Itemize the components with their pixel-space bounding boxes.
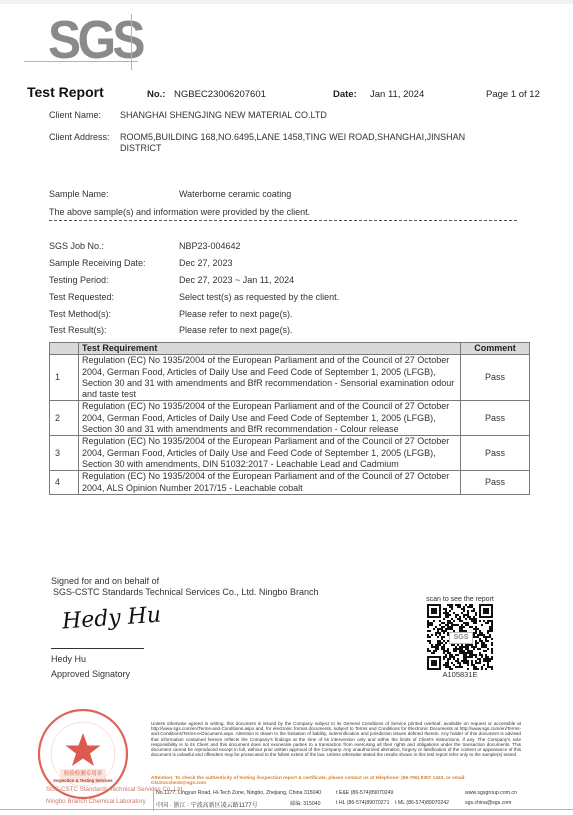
job-info-label: Testing Period: xyxy=(49,275,109,285)
authenticity-notice: Attention: To check the authenticity of … xyxy=(151,776,521,786)
client-address-label: Client Address: xyxy=(49,132,110,142)
job-info-value: Dec 27, 2023 xyxy=(179,258,233,268)
row-comment: Pass xyxy=(461,436,530,471)
client-address-line2: DISTRICT xyxy=(120,143,162,153)
row-requirement: Regulation (EC) No 1935/2004 of the Euro… xyxy=(79,355,461,401)
client-name-label: Client Name: xyxy=(49,110,101,120)
svg-text:Inspection & Testing Services: Inspection & Testing Services xyxy=(53,778,113,783)
job-info-value: Select test(s) as requested by the clien… xyxy=(179,292,339,302)
job-info-value: Please refer to next page(s). xyxy=(179,325,293,335)
job-info-value: Dec 27, 2023 ~ Jan 11, 2024 xyxy=(179,275,294,285)
client-name: SHANGHAI SHENGJING NEW MATERIAL CO.LTD xyxy=(120,110,327,120)
table-row: 2 Regulation (EC) No 1935/2004 of the Eu… xyxy=(50,401,530,436)
logo-vertical-rule xyxy=(131,14,132,70)
table-header-row: Test Requirement Comment xyxy=(50,343,530,355)
job-info-label: Test Requested: xyxy=(49,292,114,302)
header-num xyxy=(50,343,79,355)
row-comment: Pass xyxy=(461,401,530,436)
job-info-value: Please refer to next page(s). xyxy=(179,309,293,319)
dashed-divider xyxy=(49,220,517,221)
test-requirements-table: Test Requirement Comment 1 Regulation (E… xyxy=(49,342,530,495)
qr-code-id: A105831E xyxy=(424,670,496,679)
report-number: NGBEC23006207601 xyxy=(174,89,266,100)
sample-name: Waterborne ceramic coating xyxy=(179,189,291,199)
footer-email[interactable]: sgs.china@sgs.com xyxy=(465,800,512,806)
row-number: 1 xyxy=(50,355,79,401)
top-border xyxy=(0,0,573,4)
row-requirement: Regulation (EC) No 1935/2004 of the Euro… xyxy=(79,471,461,495)
row-comment: Pass xyxy=(461,471,530,495)
qr-caption: scan to see the report xyxy=(424,596,496,603)
footer-tel-ml: t ML (86-574)89070242 xyxy=(395,800,449,806)
job-info-label: Test Result(s): xyxy=(49,325,107,335)
handwritten-signature: Hedy Hu xyxy=(61,603,162,635)
footer-tel-ee: t E&E (86-574)89070249 xyxy=(336,790,393,796)
sample-name-label: Sample Name: xyxy=(49,189,109,199)
report-number-label: No.: xyxy=(147,89,165,100)
logo-text: SGS xyxy=(48,12,142,68)
footer-address-cn: 中国 · 浙江 · 宁波高新区凌云路1177号 xyxy=(156,800,258,809)
row-number: 2 xyxy=(50,401,79,436)
header-requirement: Test Requirement xyxy=(79,343,461,355)
qr-center-logo: SGS xyxy=(449,632,473,644)
header-comment: Comment xyxy=(461,343,530,355)
signatory-title: Approved Signatory xyxy=(51,669,130,679)
job-info-label: Sample Receiving Date: xyxy=(49,258,146,268)
signature-line xyxy=(51,648,144,649)
signed-on-behalf: Signed for and on behalf of xyxy=(51,576,159,586)
qr-code-block: scan to see the report SGS A105831E xyxy=(424,596,496,679)
client-address-line1: ROOM5,BUILDING 168,NO.6495,LANE 1458,TIN… xyxy=(120,132,465,142)
footer-tel-hl: t HL (86-574)89070271 xyxy=(336,800,389,806)
row-number: 4 xyxy=(50,471,79,495)
footer-vertical-rule xyxy=(153,787,154,811)
report-date: Jan 11, 2024 xyxy=(370,89,424,100)
terms-fine-print: Unless otherwise agreed in writing, this… xyxy=(151,721,521,757)
date-label: Date: xyxy=(333,89,357,100)
page-title: Test Report xyxy=(27,84,104,100)
table-row: 1 Regulation (EC) No 1935/2004 of the Eu… xyxy=(50,355,530,401)
sample-note: The above sample(s) and information were… xyxy=(49,207,310,217)
signatory-name: Hedy Hu xyxy=(51,654,86,664)
footer-address-en: No.1177, Lingyun Road, Hi-Tech Zone, Nin… xyxy=(156,790,321,796)
table-row: 4 Regulation (EC) No 1935/2004 of the Eu… xyxy=(50,471,530,495)
job-info-label: SGS Job No.: xyxy=(49,241,104,251)
logo-horizontal-rule xyxy=(24,61,138,62)
row-requirement: Regulation (EC) No 1935/2004 of the Euro… xyxy=(79,401,461,436)
signing-organization: SGS-CSTC Standards Technical Services Co… xyxy=(53,587,318,597)
row-requirement: Regulation (EC) No 1935/2004 of the Euro… xyxy=(79,436,461,471)
footer-rule xyxy=(0,809,573,810)
qr-code[interactable]: SGS xyxy=(427,604,493,670)
job-info-value: NBP23-004642 xyxy=(179,241,241,251)
page-indicator: Page 1 of 12 xyxy=(486,89,540,100)
row-number: 3 xyxy=(50,436,79,471)
row-comment: Pass xyxy=(461,355,530,401)
stamp-organization-line2: Ningbo Branch Chemical Laboratory xyxy=(46,798,146,805)
job-info-label: Test Method(s): xyxy=(49,309,111,319)
svg-text:检验检测专用章: 检验检测专用章 xyxy=(64,769,103,777)
sgs-logo: SGS xyxy=(48,12,140,68)
footer-postcode: 邮编: 315040 xyxy=(290,800,321,807)
table-row: 3 Regulation (EC) No 1935/2004 of the Eu… xyxy=(50,436,530,471)
footer-website[interactable]: www.sgsgroup.com.cn xyxy=(465,790,517,796)
